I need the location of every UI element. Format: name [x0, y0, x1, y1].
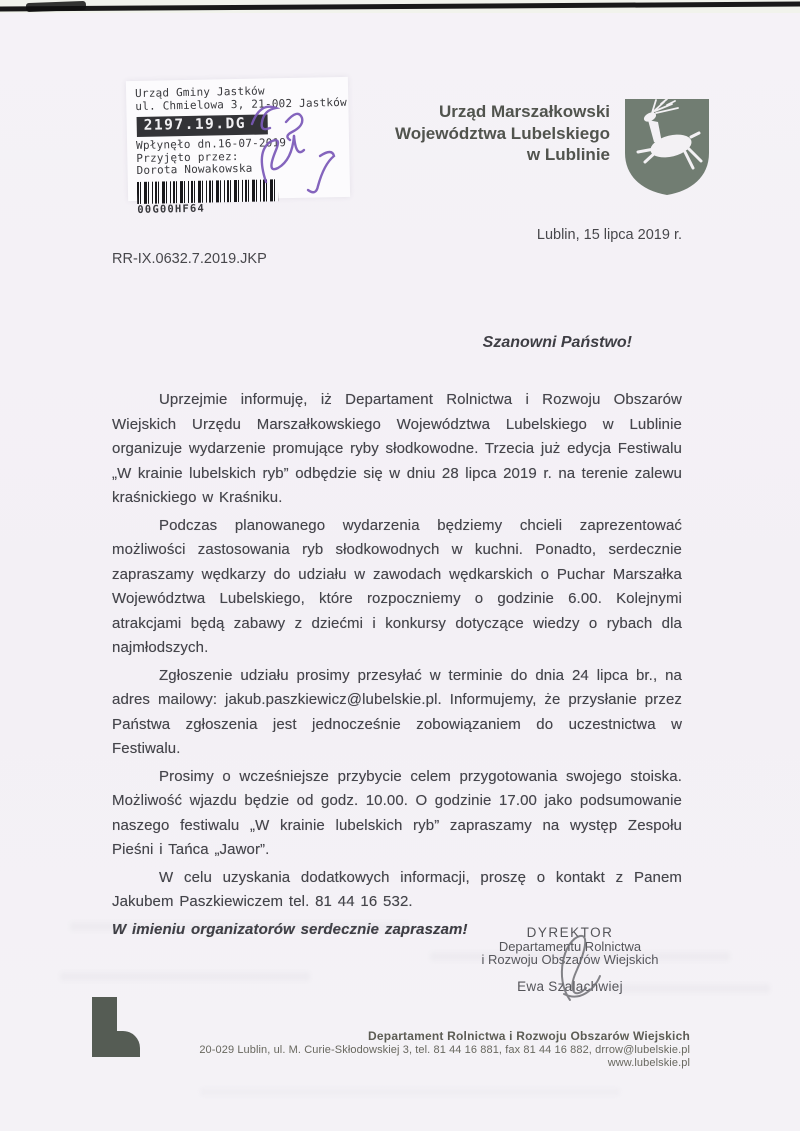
body-paragraph: Podczas planowanego wydarzenia będziemy … — [112, 514, 682, 661]
scanned-letter-page: Urząd Gminy Jastków ul. Chmielowa 3, 21-… — [0, 0, 800, 1131]
org-name-line1: Urząd Marszałkowski — [320, 101, 610, 123]
coat-of-arms-stag-icon — [621, 95, 713, 199]
footer-address: 20-029 Lublin, ul. M. Curie-Skłodowskiej… — [70, 1044, 690, 1058]
dateline: Lublin, 15 lipca 2019 r. — [537, 227, 682, 243]
bleedthrough-mark — [200, 1088, 620, 1096]
scan-edge-line — [0, 1, 800, 11]
handwritten-signature-icon — [536, 928, 616, 1004]
scan-top-edge — [0, 0, 800, 13]
bleedthrough-mark — [610, 984, 770, 993]
letter-body: Uprzejmie informuję, iż Departament Roln… — [112, 388, 682, 945]
bleedthrough-mark — [60, 972, 310, 981]
body-paragraph: Uprzejmie informuję, iż Departament Roln… — [112, 388, 682, 511]
body-paragraph: Prosimy o wcześniejsze przybycie celem p… — [112, 765, 682, 863]
footer: Departament Rolnictwa i Rozwoju Obszarów… — [70, 1030, 690, 1071]
footer-department: Departament Rolnictwa i Rozwoju Obszarów… — [70, 1030, 690, 1044]
handwritten-initials-icon — [240, 92, 350, 202]
bleedthrough-mark — [70, 922, 410, 931]
org-name-line2: Województwa Lubelskiego — [320, 123, 610, 145]
org-header: Urząd Marszałkowski Województwa Lubelski… — [320, 101, 610, 166]
footer-website: www.lubelskie.pl — [70, 1057, 690, 1071]
salutation: Szanowni Państwo! — [483, 334, 632, 352]
body-paragraph: W celu uzyskania dodatkowych informacji,… — [112, 866, 682, 915]
org-name-line3: w Lublinie — [320, 144, 610, 166]
reference-number: RR-IX.0632.7.2019.JKP — [112, 251, 267, 267]
body-paragraph: Zgłoszenie udziału prosimy przesyłać w t… — [112, 664, 682, 762]
